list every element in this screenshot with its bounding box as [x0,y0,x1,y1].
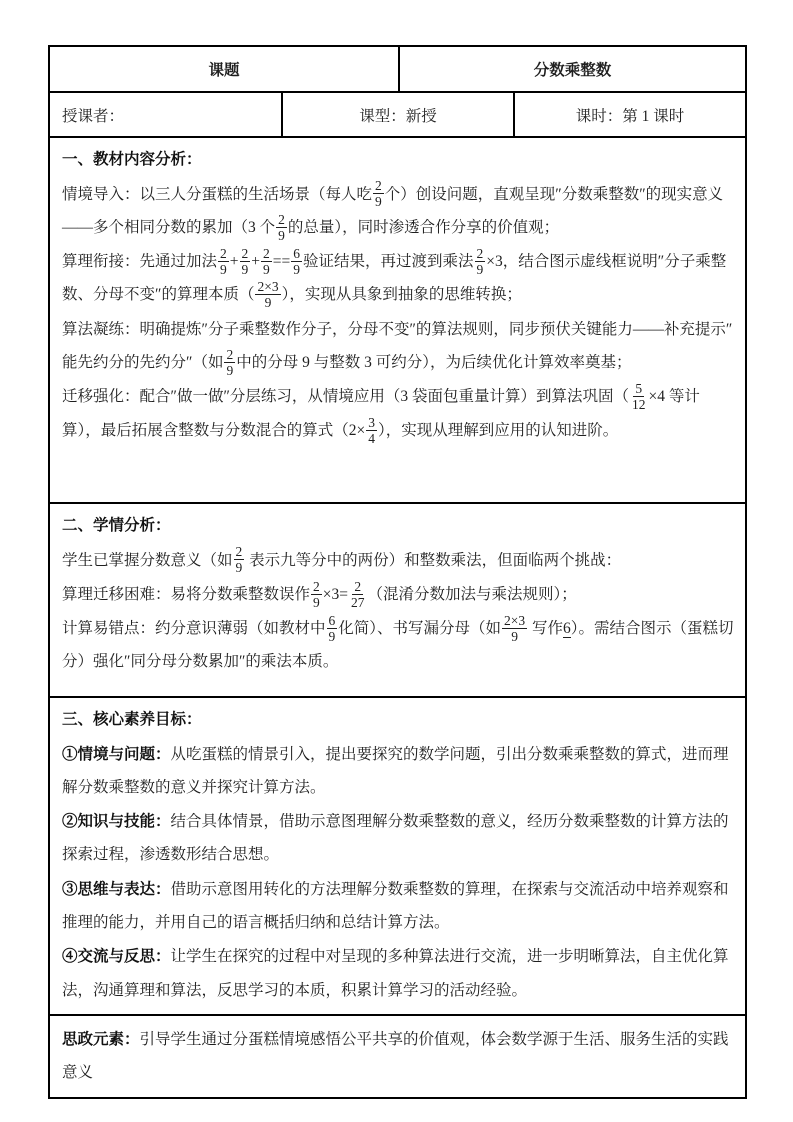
header-row-meta: 授课者： 课型：新授 课时：第 1 课时 [49,92,746,137]
paragraph: ②知识与技能：结合具体情景，借助示意图理解分数乘整数的意义，经历分数乘整数的计算… [62,805,735,872]
section-row-learner-analysis: 二、学情分析：学生已掌握分数意义（如29 表示九等分中的两份）和整数乘法，但面临… [49,503,746,697]
paragraph: 情境导入：以三人分蛋糕的生活场景（每人吃29个）创设问题，直观呈现″分数乘整数″… [62,178,735,245]
fraction: 29 [261,246,272,277]
section-cell-textbook-content-analysis: 一、教材内容分析：情境导入：以三人分蛋糕的生活场景（每人吃29个）创设问题，直观… [49,137,746,503]
section-cell-core-literacy-objectives: 三、核心素养目标：①情境与问题：从吃蛋糕的情景引入，提出要探究的数学问题，引出分… [49,697,746,1015]
bold-label: 思政元素： [62,1031,140,1048]
header-row-topic: 课题 分数乘整数 [49,46,746,92]
fraction: 69 [291,246,302,277]
fraction: 29 [218,246,229,277]
paragraph: ①情境与问题：从吃蛋糕的情景引入，提出要探究的数学问题，引出分数乘乘整数的算式，… [62,738,735,805]
topic-value-cell: 分数乘整数 [399,46,746,92]
section-row-textbook-content-analysis: 一、教材内容分析：情境导入：以三人分蛋糕的生活场景（每人吃29个）创设问题，直观… [49,137,746,503]
fraction: 29 [373,178,384,209]
fraction: 29 [234,544,245,575]
section-row-ideological-political-elements: 思政元素：引导学生通过分蛋糕情境感悟公平共享的价值观，体会数学源于生活、服务生活… [49,1015,746,1098]
fraction: 2×39 [255,279,280,310]
bold-label: ②知识与技能： [62,813,171,830]
paragraph: 学生已掌握分数意义（如29 表示九等分中的两份）和整数乘法，但面临两个挑战： [62,544,735,577]
period-cell: 课时：第 1 课时 [514,92,746,137]
fraction: 29 [224,347,235,378]
section-row-core-literacy-objectives: 三、核心素养目标：①情境与问题：从吃蛋糕的情景引入，提出要探究的数学问题，引出分… [49,697,746,1015]
fraction: 34 [366,415,377,446]
section-title: 三、核心素养目标： [62,704,735,737]
section-cell-ideological-political-elements: 思政元素：引导学生通过分蛋糕情境感悟公平共享的价值观，体会数学源于生活、服务生活… [49,1015,746,1098]
teacher-label-cell: 授课者： [49,92,282,137]
fraction: 29 [276,212,287,243]
fraction: 227 [349,579,367,610]
paragraph: 计算易错点：约分意识薄弱（如教材中69化简）、书写漏分母（如2×39 写作6）。… [62,612,735,679]
section-cell-learner-analysis: 二、学情分析：学生已掌握分数意义（如29 表示九等分中的两份）和整数乘法，但面临… [49,503,746,697]
fraction: 69 [327,613,338,644]
section-title: 一、教材内容分析： [62,144,735,177]
paragraph: ④交流与反思：让学生在探究的过程中对呈现的多种算法进行交流，进一步明晰算法，自主… [62,940,735,1007]
paragraph: 思政元素：引导学生通过分蛋糕情境感悟公平共享的价值观，体会数学源于生活、服务生活… [62,1023,735,1090]
fraction: 29 [475,246,486,277]
bold-label: ①情境与问题： [62,746,171,763]
underlined-text: 6 [563,620,571,638]
sections: 一、教材内容分析：情境导入：以三人分蛋糕的生活场景（每人吃29个）创设问题，直观… [49,137,746,1098]
fraction: 29 [240,246,251,277]
document-page: 课题 分数乘整数 授课者： 课型：新授 课时：第 1 课时 一、教材内容分析：情… [0,0,793,1122]
bold-label: ③思维与表达： [62,881,171,898]
fraction: 2×39 [502,613,527,644]
bold-label: ④交流与反思： [62,948,171,965]
section-title: 二、学情分析： [62,510,735,543]
paragraph: 迁移强化：配合″做一做″分层练习，从情境应用（3 袋面包重量计算）到算法巩固（5… [62,380,735,447]
topic-label-cell: 课题 [49,46,399,92]
paragraph: ③思维与表达：借助示意图用转化的方法理解分数乘整数的算理，在探索与交流活动中培养… [62,873,735,940]
fraction: 29 [311,579,322,610]
course-type-cell: 课型：新授 [282,92,514,137]
paragraph: 算理迁移困难：易将分数乘整数误作29×3=227（混淆分数加法与乘法规则）； [62,578,735,611]
paragraph: 算法凝练：明确提炼″分子乘整数作分子，分母不变″的算法规则，同步预伏关键能力——… [62,313,735,380]
lesson-plan-table: 课题 分数乘整数 授课者： 课型：新授 课时：第 1 课时 一、教材内容分析：情… [48,45,747,1099]
paragraph: 算理衔接：先通过加法29+29+29==69验证结果，再过渡到乘法29×3，结合… [62,245,735,312]
fraction: 512 [630,381,648,412]
